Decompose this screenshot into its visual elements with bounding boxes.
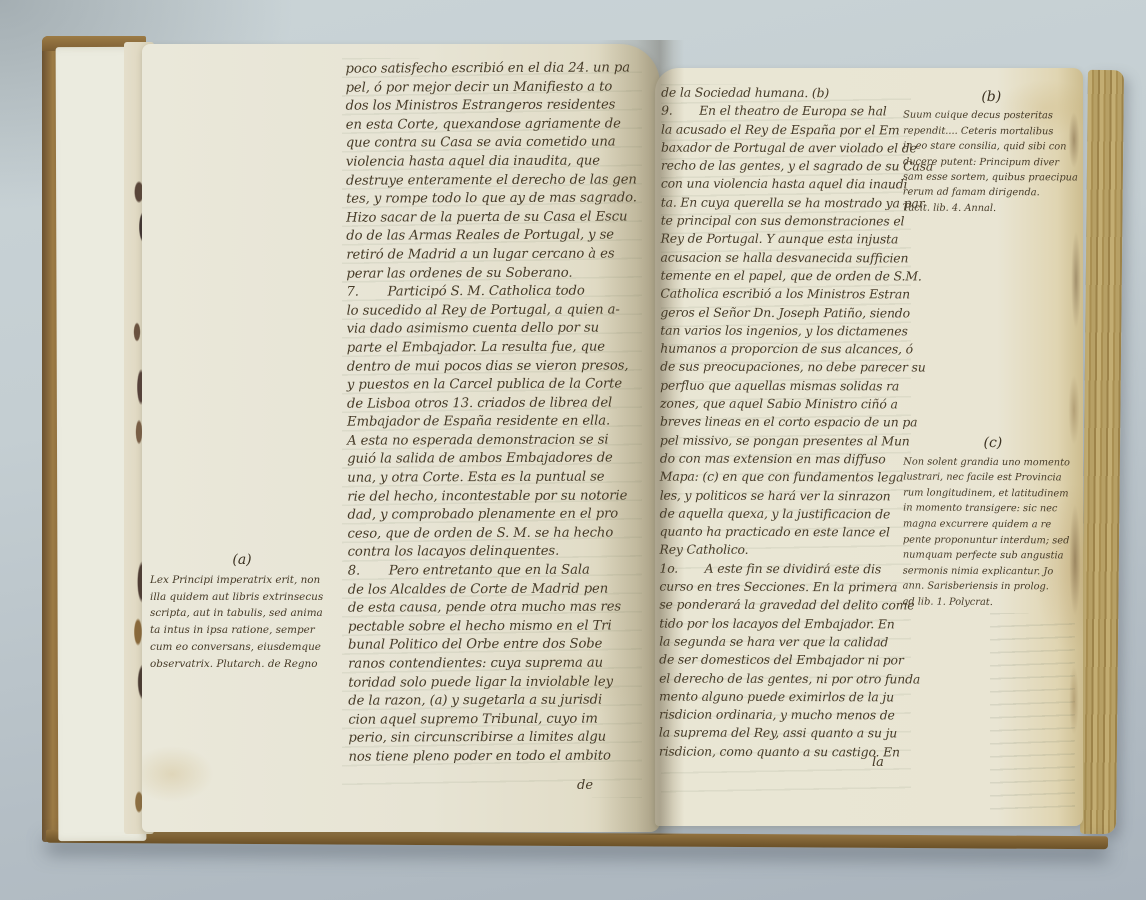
manuscript-line: 8. Pero entretanto que en la Sala [348,561,656,581]
manuscript-line: ta intus in ipsa ratione, semper [150,622,334,639]
manuscript-line: do con mas extension en mas diffuso [660,450,910,469]
manuscript-line: de la razon, (a) y sugetarla a su jurisd… [348,692,656,712]
manuscript-line: te principal con sus demonstraciones el [661,212,911,231]
manuscript-line: lustrari, nec facile est Provincia [903,470,1082,487]
manuscript-line: mento alguno puede eximirlos de la ju [659,687,909,706]
manuscript-line: sam esse sortem, quibus praecipua [903,170,1079,186]
manuscript-line: Embajador de España residente en ella. [347,413,655,433]
manuscript-line: do de las Armas Reales de Portugal, y se [346,227,654,247]
bleed-through-text [990,613,1075,813]
manuscript-line: con una violencia hasta aquel dia inaudi [661,175,911,194]
manuscript-line: observatrix. Plutarch. de Regno [150,656,334,673]
manuscript-photograph: (a) Lex Principi imperatrix erit, nonill… [0,0,1146,900]
manuscript-line: via dado asimismo cuenta dello por su [347,320,655,340]
manuscript-line: rie del hecho, incontestable por su noto… [347,487,655,507]
manuscript-line: destruye enteramente el derecho de las g… [346,171,654,191]
manuscript-line: cion aquel supremo Tribunal, cuyo im [348,710,656,730]
right-page-text: de la Sociedad humana. (b)9. En el theat… [659,84,911,762]
manuscript-line: pel missivo, se pongan presentes al Mun [660,431,910,450]
manuscript-line: tes, y rompe todo lo que ay de mas sagra… [346,189,654,209]
manuscript-line: dad, y comprobado plenamente en el pro [347,506,655,526]
manuscript-line: nos tiene pleno poder en todo el ambito [348,747,656,767]
manuscript-line: humanos a proporcion de sus alcances, ó [660,340,910,359]
left-page-text: poco satisfecho escribió en el dia 24. u… [345,59,656,767]
manuscript-line: zones, que aquel Sabio Ministro ciñó a [660,395,910,414]
margin-note-a-label: (a) [150,552,334,569]
manuscript-line: pectable sobre el hecho mismo en el Tri [348,617,656,637]
manuscript-line: tan varios los ingenios, y los dictamene… [660,321,910,340]
manuscript-line: Rey Catholico. [660,541,910,560]
manuscript-line: de sus preocupaciones, no debe parecer s… [660,358,910,377]
manuscript-line: la acusado el Rey de España por el Em [661,120,911,139]
left-page-catchword: de [577,778,593,793]
manuscript-line: guió la salida de ambos Embajadores de [347,450,655,470]
manuscript-line: illa quidem aut libris extrinsecus [150,589,334,606]
manuscript-line: dentro de mui pocos dias se vieron preso… [347,357,655,377]
manuscript-line: bunal Politico del Orbe entre dos Sobe [348,636,656,656]
manuscript-line: pel, ó por mejor decir un Manifiesto a t… [346,78,654,98]
manuscript-line: ranos contendientes: cuya suprema au [348,654,656,674]
manuscript-line: lo sucedido al Rey de Portugal, a quien … [347,301,655,321]
right-page-catchword: la [872,755,884,770]
manuscript-line: de la Sociedad humana. (b) [661,84,911,103]
margin-note-a: (a) Lex Principi imperatrix erit, nonill… [150,552,334,673]
manuscript-line: de ser domesticos del Embajador ni por [659,651,909,670]
manuscript-line: 1o. A este fin se dividirá este dis [659,559,909,578]
page-block-fore-edge [1080,70,1124,834]
margin-note-b-text: Suum cuique decus posteritasrependit....… [903,108,1080,217]
manuscript-line: in eo stare consilia, quid sibi con [903,139,1079,155]
manuscript-line: dos los Ministros Estrangeros residentes [346,97,654,117]
manuscript-line: geros el Señor Dn. Joseph Patiño, siendo [660,303,910,322]
manuscript-line: ducere putent: Principum diver [903,154,1079,170]
manuscript-line: violencia hasta aquel dia inaudita, que [346,152,654,172]
manuscript-line: de aquella quexa, y la justificacion de [660,504,910,523]
manuscript-line: la suprema del Rey, assi quanto a su ju [659,724,909,743]
manuscript-line: Suum cuique decus posteritas [903,108,1079,124]
manuscript-line: Rey de Portugal. Y aunque esta injusta [661,230,911,249]
manuscript-line: rerum ad famam dirigenda. [903,185,1079,201]
manuscript-line: 7. Participó S. M. Catholica todo [346,282,654,302]
manuscript-line: poco satisfecho escribió en el dia 24. u… [345,59,653,79]
manuscript-line: A esta no esperada demonstracion se si [347,431,655,451]
manuscript-line: 9. En el theatro de Europa se hal [661,102,911,121]
manuscript-line: breves lineas en el corto espacio de un … [660,413,910,432]
margin-note-c: (c) Non solent grandia uno momentolustra… [903,436,1083,611]
manuscript-line: y puestos en la Carcel publica de la Cor… [347,375,655,395]
manuscript-line: Mapa: (c) en que con fundamentos lega [660,468,910,487]
manuscript-line: cum eo conversans, eiusdemque [150,639,334,656]
manuscript-line: Lex Principi imperatrix erit, non [150,572,334,589]
manuscript-line: contra los lacayos delinquentes. [348,543,656,563]
margin-note-a-text: Lex Principi imperatrix erit, nonilla qu… [150,572,334,673]
manuscript-line: que contra su Casa se avia cometido una [346,134,654,154]
manuscript-line: parte el Embajador. La resulta fue, que [347,338,655,358]
manuscript-line: pente proponuntur interdum; sed [903,532,1082,549]
manuscript-line: de esta causa, pende otra mucho mas res [348,599,656,619]
manuscript-line: les, y politicos se hará ver la sinrazon [660,486,910,505]
manuscript-line: de los Alcaldes de Corte de Madrid pen [348,580,656,600]
manuscript-line: de Lisboa otros 13. criados de librea de… [347,394,655,414]
manuscript-line: ceso, que de orden de S. M. se ha hecho [347,524,655,544]
book-cover-bottom-edge [46,830,1108,849]
manuscript-line: risdicion ordinaria, y mucho menos de [659,706,909,725]
manuscript-line: se ponderará la gravedad del delito come [659,596,909,615]
manuscript-line: scripta, aut in tabulis, sed anima [150,605,334,622]
manuscript-line: el derecho de las gentes, ni por otro fu… [659,669,909,688]
manuscript-line: tido por los lacayos del Embajador. En [659,614,909,633]
manuscript-line: curso en tres Secciones. En la primera [659,578,909,597]
manuscript-line: baxador de Portugal de aver violado el d… [661,138,911,157]
manuscript-line: numquam perfecte sub angustia [903,548,1082,565]
manuscript-line: Hizo sacar de la puerta de su Casa el Es… [346,208,654,228]
manuscript-line: temente en el papel, que de orden de S.M… [660,267,910,286]
manuscript-line: in momento transigere: sic nec [903,501,1082,518]
manuscript-line: recho de las gentes, y el sagrado de su … [661,157,911,176]
manuscript-line: Non solent grandia uno momento [903,454,1082,471]
manuscript-line: perar las ordenes de su Soberano. [346,264,654,284]
manuscript-line: en esta Corte, quexandose agriamente de [346,115,654,135]
manuscript-line: magna excurrere quidem a re [903,517,1082,534]
manuscript-line: quanto ha practicado en este lance el [660,523,910,542]
manuscript-line: toridad solo puede ligar la inviolable l… [348,673,656,693]
margin-note-c-label: (c) [903,436,1082,453]
margin-note-c-text: Non solent grandia uno momentolustrari, … [903,454,1083,611]
manuscript-line: ad lib. 1. Polycrat. [903,594,1082,611]
margin-note-b: (b) Suum cuique decus posteritasrependit… [903,90,1080,217]
manuscript-line: Catholica escribió a los Ministros Estra… [660,285,910,304]
manuscript-line: sermonis nimia explicantur. Jo [903,563,1082,580]
manuscript-line: Tacit. lib. 4. Annal. [903,200,1079,216]
manuscript-line: retiró de Madrid a un lugar cercano à es [346,245,654,265]
manuscript-line: perio, sin circunscribirse a limites alg… [348,729,656,749]
manuscript-line: la segunda se hara ver que la calidad [659,632,909,651]
manuscript-line: rum longitudinem, et latitudinem [903,485,1082,502]
manuscript-line: rependit.... Ceteris mortalibus [903,123,1079,139]
manuscript-line: una, y otra Corte. Esta es la puntual se [347,468,655,488]
margin-note-b-label: (b) [903,90,1079,106]
manuscript-line: ta. En cuya querella se ha mostrado ya p… [661,193,911,212]
manuscript-line: acusacion se halla desvanecida sufficien [661,248,911,267]
manuscript-line: ann. Sarisberiensis in prolog. [903,579,1082,596]
manuscript-line: perfluo que aquellas mismas solidas ra [660,376,910,395]
